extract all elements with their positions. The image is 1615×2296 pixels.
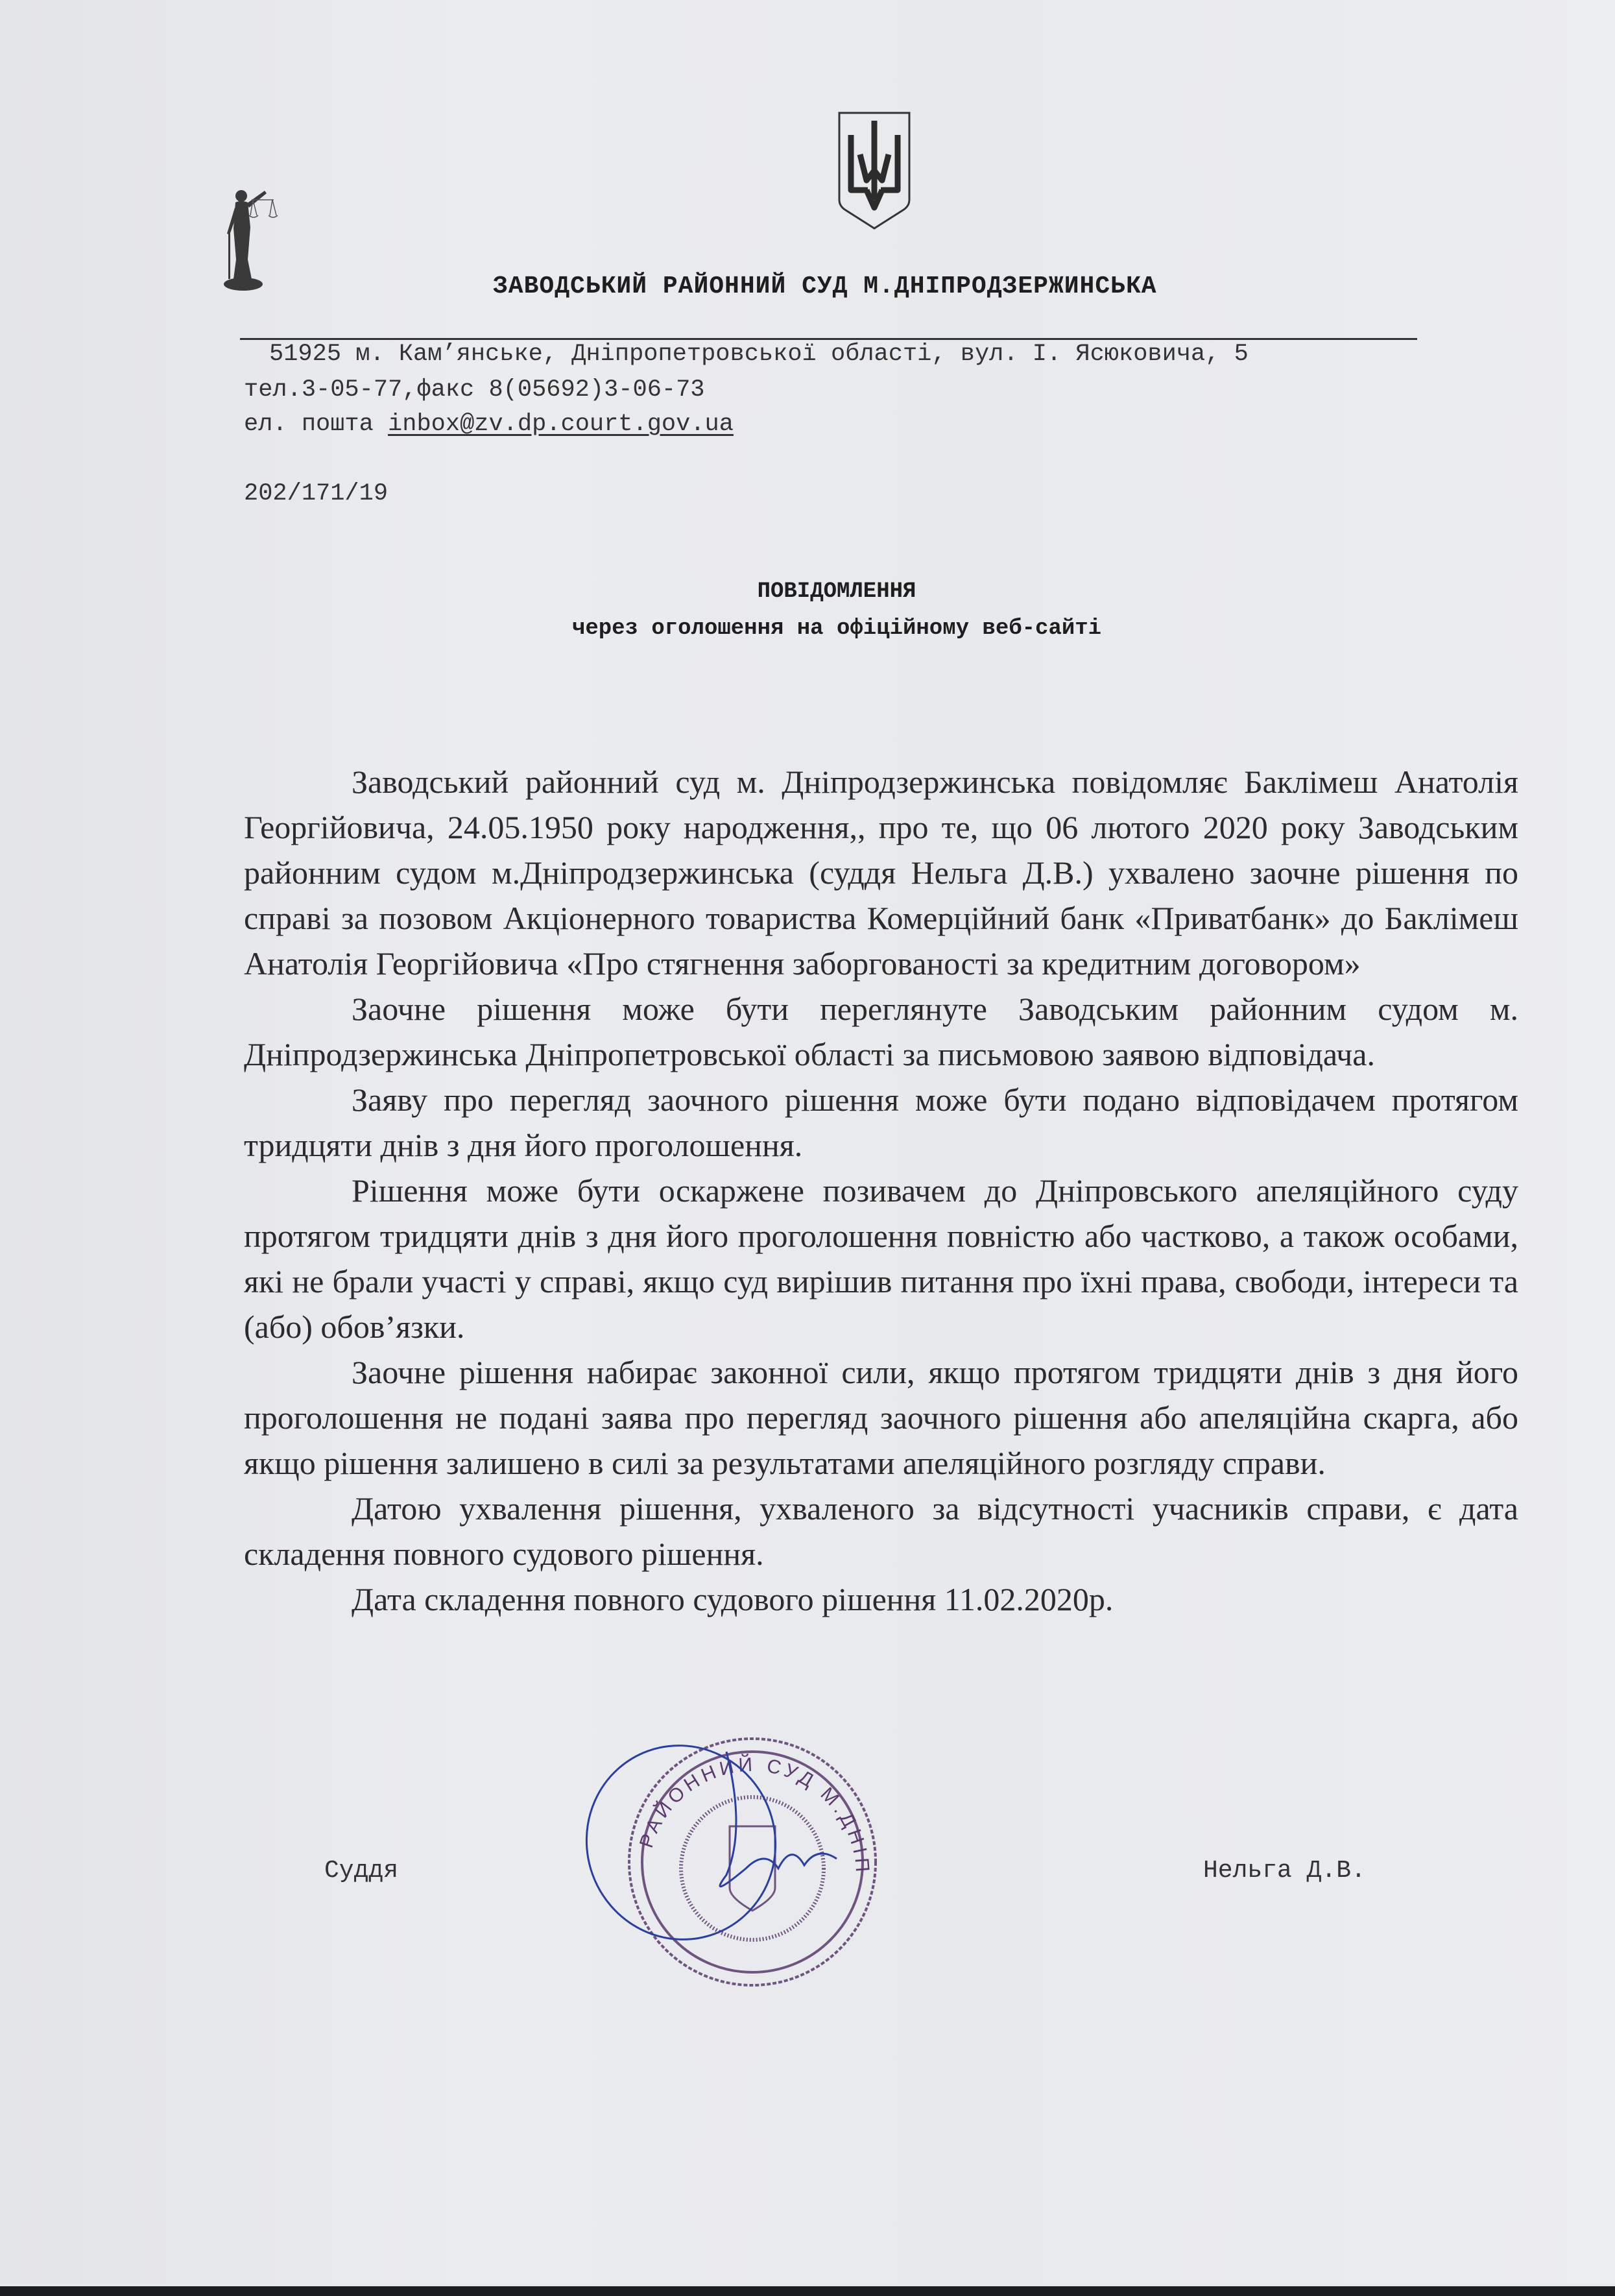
scan-edge	[0, 2286, 1615, 2296]
paragraph: Датою ухвалення рішення, ухваленого за в…	[244, 1486, 1518, 1577]
paragraph: Заочне рішення набирає законної сили, як…	[244, 1349, 1518, 1486]
court-stamp-and-signature: РАЙОННИЙ СУД М.ДНІПРОДЗ	[532, 1713, 947, 2005]
document-title: ПОВІДОМЛЕННЯ	[29, 579, 1615, 604]
themis-icon	[214, 182, 279, 295]
paragraph: Дата складення повного судового рішення …	[244, 1577, 1518, 1622]
court-email-line: ел. пошта inbox@zv.dp.court.gov.ua	[244, 411, 734, 438]
court-address: 51925 м. Кам’янське, Дніпропетровської о…	[269, 341, 1249, 368]
stamp-text: РАЙОННИЙ СУД М.ДНІПРОДЗ	[532, 1713, 874, 1876]
paragraph: Заяву про перегляд заочного рішення може…	[244, 1077, 1518, 1168]
notice-body: Заводський районний суд м. Дніпродзержин…	[244, 759, 1518, 1622]
coat-of-arms-icon	[835, 109, 913, 232]
paragraph: Заводський районний суд м. Дніпродзержин…	[244, 759, 1518, 986]
paragraph: Рішення може бути оскаржене позивачем до…	[244, 1168, 1518, 1349]
header-divider	[240, 338, 1417, 340]
judge-title: Суддя	[324, 1857, 398, 1885]
paragraph: Заочне рішення може бути переглянуте Зав…	[244, 986, 1518, 1077]
case-reference-number: 202/171/19	[244, 480, 388, 507]
document-subtitle: через оголошення на офіційному веб-сайті	[29, 616, 1615, 641]
court-phone-fax: тел.3-05-77,факс 8(05692)3-06-73	[244, 376, 705, 404]
email-label: ел. пошта	[244, 411, 388, 438]
judge-name: Нельга Д.В.	[1203, 1857, 1366, 1885]
court-name: ЗАВОДСЬКИЙ РАЙОННИЙ СУД М.ДНІПРОДЗЕРЖИНС…	[493, 272, 1157, 300]
email-link[interactable]: inbox@zv.dp.court.gov.ua	[388, 411, 734, 438]
svg-text:РАЙОННИЙ СУД М.ДНІПРОДЗ: РАЙОННИЙ СУД М.ДНІПРОДЗ	[532, 1713, 874, 1876]
